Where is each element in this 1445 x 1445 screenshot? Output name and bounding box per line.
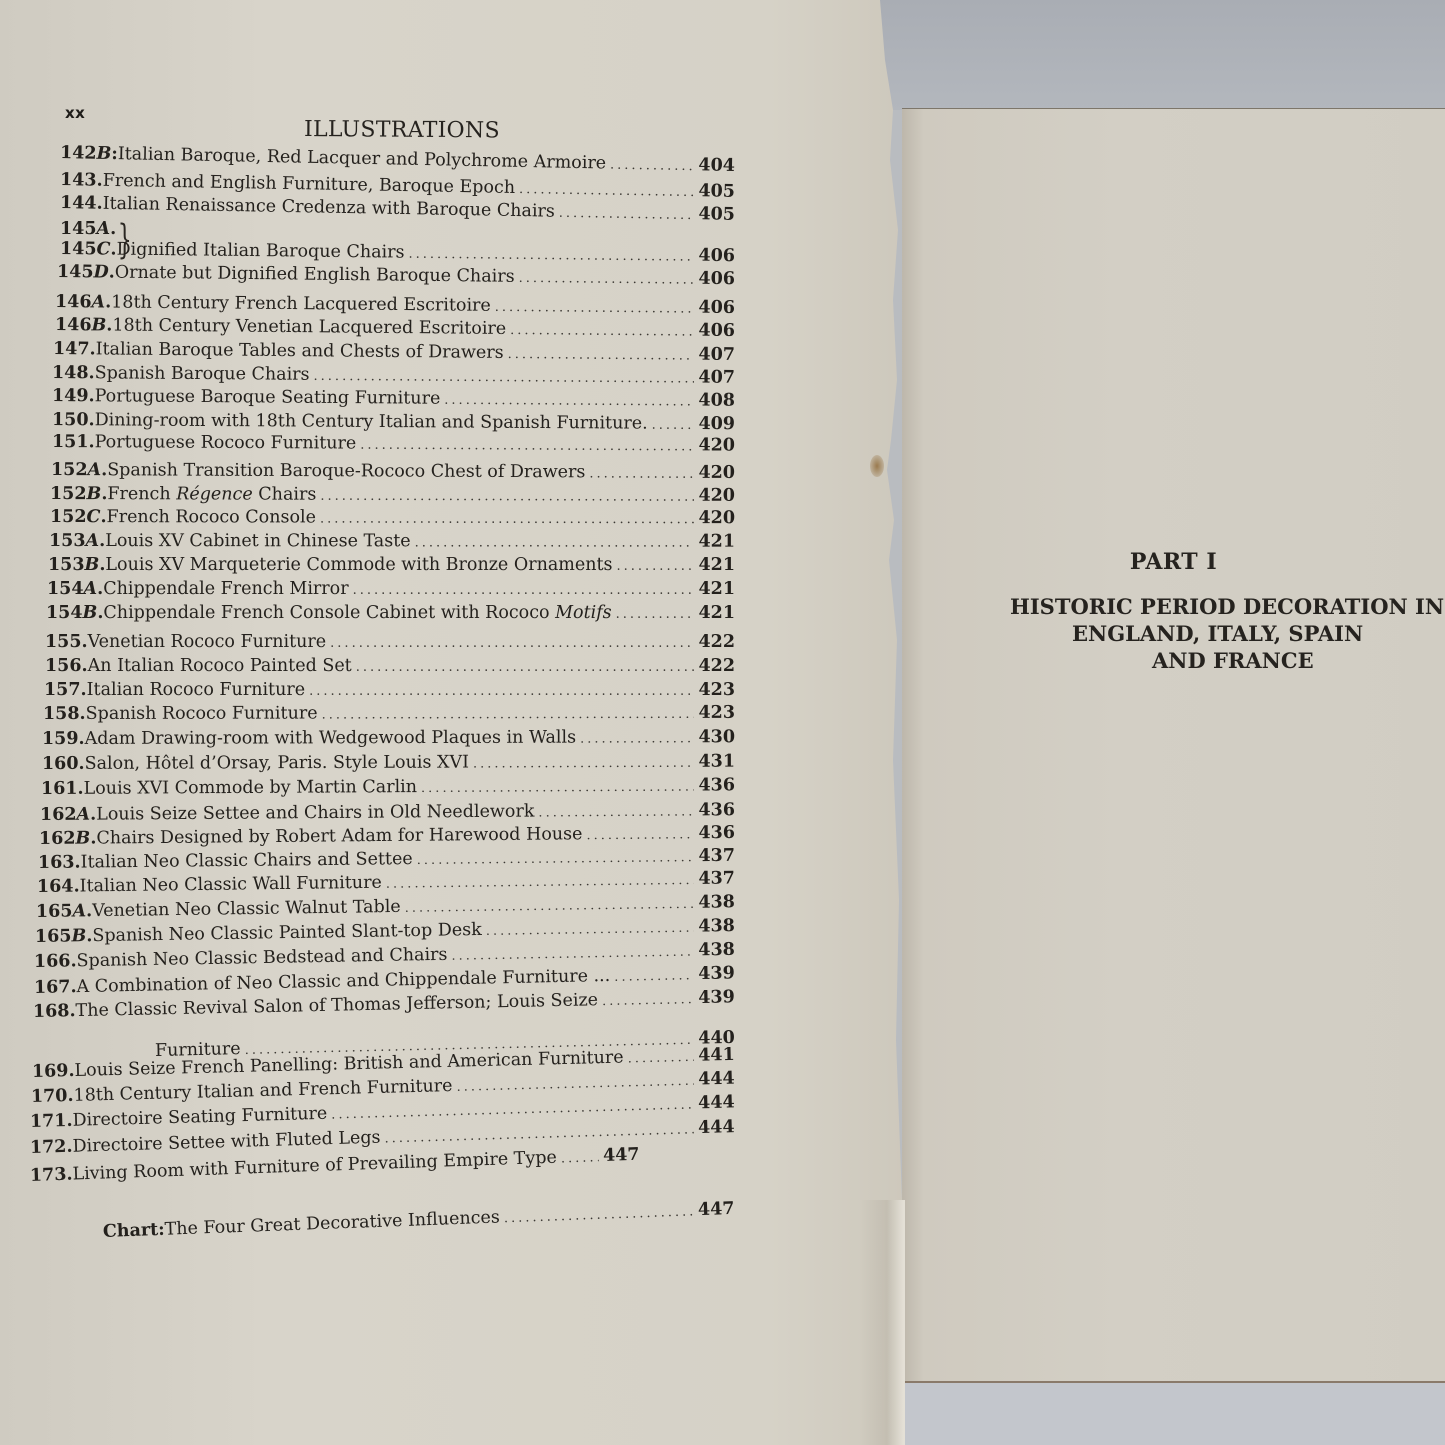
illustration-title: Spanish Transition Baroque-Rococo Chest … <box>107 460 585 482</box>
dot-leader <box>486 921 695 939</box>
dot-leader <box>309 684 694 699</box>
page-number: 407 <box>698 345 735 365</box>
page-number: 447 <box>698 1199 735 1220</box>
dot-leader <box>384 1122 694 1146</box>
page-number: 438 <box>698 940 735 961</box>
illustration-number: 143. <box>60 170 103 191</box>
illustration-title: 18th Century Venetian Lacquered Escritoi… <box>112 316 506 339</box>
page-number: 404 <box>698 155 735 176</box>
illustration-entry: 152A.Spanish Transition Baroque-Rococo C… <box>51 460 735 487</box>
illustration-title: French Rococo Console <box>107 507 316 527</box>
illustration-number: 173. <box>30 1165 73 1186</box>
illustration-number: 159. <box>42 729 85 749</box>
illustration-title: Italian Neo Classic Wall Furniture <box>79 873 382 897</box>
chart-title: The Four Great Decorative Influences <box>164 1207 500 1239</box>
page-number: 441 <box>698 1045 735 1066</box>
illustration-title: Italian Rococo Furniture <box>87 680 305 700</box>
page-number: 439 <box>698 963 735 984</box>
part-subtitle-line-2: ENGLAND, ITALY, SPAIN <box>1010 620 1445 647</box>
illustration-title: Adam Drawing-room with Wedgewood Plaques… <box>85 728 576 749</box>
dot-leader <box>627 1050 694 1067</box>
page-number: 436 <box>698 800 735 820</box>
illustration-entry: 159.Adam Drawing-room with Wedgewood Pla… <box>42 727 735 753</box>
page-number: 438 <box>698 916 735 937</box>
dot-leader <box>473 756 695 772</box>
chart-label: Chart: <box>103 1220 165 1242</box>
dot-leader <box>508 347 695 364</box>
page-number: 444 <box>698 1092 735 1113</box>
page-number: 405 <box>698 181 735 202</box>
page-number: 421 <box>698 555 735 575</box>
dot-leader <box>510 323 694 340</box>
illustration-entry: 157.Italian Rococo Furniture423 <box>44 680 735 704</box>
dot-leader <box>331 1097 694 1122</box>
dot-leader <box>451 944 694 963</box>
illustration-title: Louis XV Marqueterie Commode with Bronze… <box>105 555 612 575</box>
part-heading: PART I <box>902 549 1445 575</box>
dot-leader <box>444 393 694 410</box>
illustration-title: Ornate but Dignified English Baroque Cha… <box>115 263 515 287</box>
page-number: 420 <box>698 435 735 455</box>
dot-leader <box>320 489 694 505</box>
illustration-number: 165B. <box>35 926 93 947</box>
illustration-entry: 153B.Louis XV Marqueterie Commode with B… <box>48 555 735 579</box>
page-number: 437 <box>698 846 735 866</box>
dot-leader <box>456 1074 694 1095</box>
illustration-number: 146A. <box>55 292 111 312</box>
page-number: 439 <box>698 987 735 1008</box>
dot-leader <box>405 897 695 916</box>
illustration-number: 167. <box>34 977 77 998</box>
illustration-title: Spanish Baroque Chairs <box>95 363 310 385</box>
dot-leader <box>415 535 695 550</box>
illustration-number: 162B. <box>39 828 97 849</box>
dot-leader <box>320 511 695 527</box>
illustration-title: French Régence Chairs <box>107 484 316 505</box>
dot-leader <box>417 850 695 868</box>
page-number: 408 <box>698 391 735 411</box>
illustration-entry: 160.Salon, Hôtel d’Orsay, Paris. Style L… <box>42 752 735 778</box>
page-number: 431 <box>698 752 735 772</box>
illustration-title: Louis XV Cabinet in Chinese Taste <box>105 531 410 551</box>
illustration-number: 153B. <box>48 555 105 575</box>
dot-leader <box>616 607 695 622</box>
illustration-number: 153A. <box>49 531 105 551</box>
page-number: 423 <box>698 703 735 723</box>
page-number: 422 <box>698 632 735 652</box>
dot-leader <box>360 438 694 455</box>
illustration-entry: 152B.French Régence Chairs420 <box>50 484 735 510</box>
illustration-title: Portuguese Rococo Furniture <box>95 432 357 453</box>
illustration-number: 152C. <box>50 507 107 527</box>
illustration-number: 168. <box>33 1001 76 1022</box>
illustration-number: 145A. <box>60 219 122 239</box>
dot-leader <box>421 780 695 796</box>
part-subtitle: HISTORIC PERIOD DECORATION IN ENGLAND, I… <box>1010 593 1445 674</box>
page-number: 406 <box>698 298 735 318</box>
illustration-number: 142B: <box>60 143 118 164</box>
dot-leader <box>538 804 694 820</box>
illustration-number: 148. <box>52 363 95 383</box>
illustration-number: 157. <box>44 680 87 700</box>
dot-leader <box>519 182 695 200</box>
page-number: 420 <box>698 486 735 506</box>
illustration-title: Dining-room with 18th Century Italian an… <box>95 410 648 433</box>
page-number: 444 <box>698 1069 735 1090</box>
page-number: 423 <box>698 680 735 700</box>
illustration-entry: 155.Venetian Rococo Furniture422 <box>45 632 735 656</box>
illustration-number: 144. <box>60 193 103 214</box>
illustration-entry: 158.Spanish Rococo Furniture423 <box>43 703 735 728</box>
illustration-number: 150. <box>52 410 95 430</box>
illustration-number: 154A. <box>47 579 103 599</box>
dot-leader <box>580 731 694 746</box>
illustration-number: 165A. <box>36 901 92 922</box>
dot-leader <box>330 636 694 651</box>
illustration-entry: 156.An Italian Rococo Painted Set422 <box>45 656 735 680</box>
illustration-number: 145D. <box>57 262 115 283</box>
background-surface-bottom <box>905 1378 1445 1445</box>
illustration-number: 161. <box>41 779 84 799</box>
dot-leader <box>386 873 695 892</box>
illustration-title: Venetian Neo Classic Walnut Table <box>92 897 401 921</box>
page-number: 438 <box>698 892 735 913</box>
page-number: 447 <box>603 1145 640 1166</box>
page-number: 421 <box>698 532 735 552</box>
illustration-title: Chairs Designed by Robert Adam for Harew… <box>96 824 582 848</box>
illustration-number: 156. <box>45 656 88 676</box>
illustration-entry: 153A.Louis XV Cabinet in Chinese Taste42… <box>49 531 735 556</box>
dot-leader <box>614 968 694 985</box>
chart-entry: Chart:The Four Great Decorative Influenc… <box>103 1199 735 1246</box>
illustration-entry: 154A.Chippendale French Mirror421 <box>47 579 735 603</box>
background-surface-top <box>880 0 1445 110</box>
illustration-title: Salon, Hôtel d’Orsay, Paris. Style Louis… <box>85 753 469 774</box>
page-number: 437 <box>698 868 735 888</box>
illustration-number: 155. <box>45 632 88 652</box>
illustration-title: An Italian Rococo Painted Set <box>88 656 352 676</box>
page-number: 436 <box>698 823 735 843</box>
illustration-title: Dignified Italian Baroque Chairs <box>116 240 404 263</box>
dot-leader <box>356 660 695 675</box>
dot-leader <box>617 559 695 574</box>
illustration-number: 171. <box>30 1111 73 1132</box>
illustration-number: 151. <box>52 432 95 452</box>
illustrations-list: 142B:Italian Baroque, Red Lacquer and Po… <box>0 0 905 1445</box>
illustration-number: 164. <box>37 876 80 897</box>
dot-leader <box>652 418 695 433</box>
dot-leader <box>602 992 695 1009</box>
dot-leader <box>495 300 695 317</box>
page-number: 421 <box>698 603 735 623</box>
illustration-number: 166. <box>34 951 77 972</box>
page-number: 436 <box>698 775 735 795</box>
page-number: 430 <box>698 727 735 747</box>
dot-leader <box>589 466 694 481</box>
dot-leader <box>314 369 695 387</box>
illustration-number: 149. <box>52 386 95 406</box>
illustration-number: 160. <box>42 754 85 774</box>
illustration-title: Italian Baroque Tables and Chests of Dra… <box>96 339 504 363</box>
illustration-title: Louis Seize Settee and Chairs in Old Nee… <box>96 802 534 825</box>
illustration-title: Portuguese Baroque Seating Furniture <box>95 386 441 408</box>
illustration-number: 145C. <box>60 239 117 260</box>
dot-leader <box>322 707 695 723</box>
dot-leader <box>353 583 695 598</box>
illustration-title: Chippendale French Mirror <box>103 579 348 599</box>
illustration-entry: 161.Louis XVI Commode by Martin Carlin43… <box>41 775 735 803</box>
page-number: 420 <box>698 463 735 483</box>
illustration-entry: 152C.French Rococo Console420 <box>50 507 735 532</box>
illustration-number: 154B. <box>46 603 103 623</box>
dot-leader <box>586 827 694 843</box>
dot-leader <box>408 247 694 265</box>
page-number: 422 <box>698 656 735 676</box>
page-number: 406 <box>698 246 735 266</box>
illustration-title: 18th Century French Lacquered Escritoire <box>111 292 491 315</box>
part-subtitle-line-1: HISTORIC PERIOD DECORATION IN <box>1010 594 1444 619</box>
dot-leader <box>610 158 695 175</box>
illustration-title: Italian Baroque, Red Lacquer and Polychr… <box>118 144 607 173</box>
illustration-number: 158. <box>43 704 86 724</box>
illustration-number: 163. <box>38 853 81 873</box>
illustration-number: 152A. <box>51 460 107 480</box>
illustration-entry: 154B.Chippendale French Console Cabinet … <box>46 603 735 627</box>
illustration-title: Spanish Rococo Furniture <box>86 704 318 724</box>
page-number: 406 <box>698 269 735 289</box>
illustration-entry: 151.Portuguese Rococo Furniture420 <box>52 432 735 460</box>
illustration-title: Italian Neo Classic Chairs and Settee <box>80 849 412 872</box>
right-page: PART I HISTORIC PERIOD DECORATION IN ENG… <box>902 108 1445 1383</box>
part-subtitle-line-3: AND FRANCE <box>1010 647 1445 674</box>
illustration-number: 147. <box>53 339 96 359</box>
illustration-number: 169. <box>32 1061 75 1082</box>
page-number: 409 <box>698 414 735 434</box>
page-number: 406 <box>698 321 735 341</box>
illustration-number: 170. <box>31 1086 74 1107</box>
dot-leader <box>561 1150 600 1166</box>
illustration-title: Chippendale French Console Cabinet with … <box>103 603 611 623</box>
illustration-number: 146B. <box>55 315 113 336</box>
illustration-number: 152B. <box>50 484 107 504</box>
illustration-number: 172. <box>30 1137 73 1158</box>
page-number: 421 <box>698 579 735 599</box>
illustration-number: 162A. <box>40 805 96 825</box>
dot-leader <box>519 271 695 288</box>
page-number: 407 <box>698 368 735 388</box>
illustration-title: Louis XVI Commode by Martin Carlin <box>84 777 418 799</box>
dot-leader <box>504 1204 695 1226</box>
page-number: 420 <box>698 508 735 528</box>
illustration-title: Venetian Rococo Furniture <box>88 632 327 652</box>
page-number: 444 <box>698 1117 735 1138</box>
